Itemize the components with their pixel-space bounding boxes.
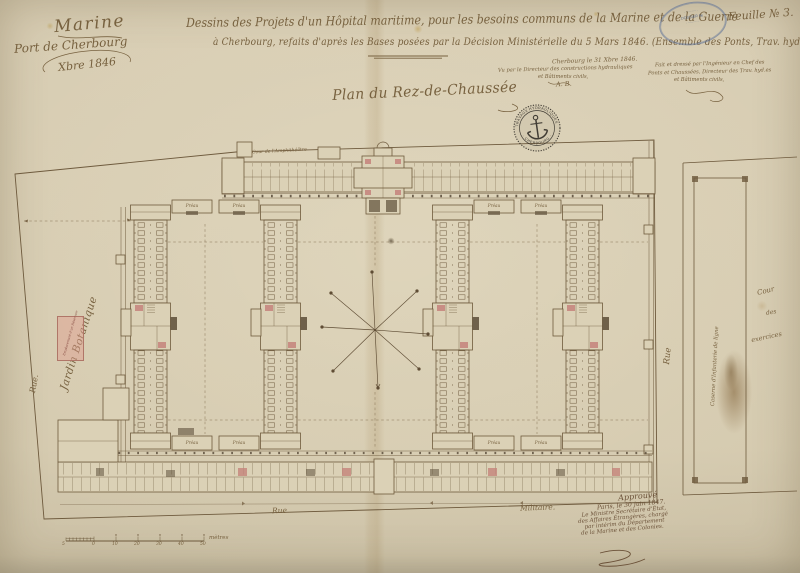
scale-label-5: 5 (62, 542, 65, 547)
preau-label: Préau (521, 440, 561, 445)
scale-label-10: 10 (112, 542, 118, 547)
ward-wing-2 (251, 205, 307, 449)
preau-label: Préau (474, 440, 514, 445)
scale-label-50: 50 (200, 542, 206, 547)
note-right-3: et Bâtiments civils, (674, 77, 724, 83)
preau-label: Préau (172, 440, 212, 445)
marine-anchor-stamp: TRAVAUX HYDRAULIQUES · CHERBOURG · (514, 105, 560, 151)
scale-label-30: 30 (156, 542, 162, 547)
rue-right-label: Rue (662, 347, 674, 365)
rue-militaire-word2: Militaire. (520, 502, 555, 512)
preau-label: Préau (521, 203, 561, 208)
scale-label-20: 20 (134, 542, 140, 547)
reservoir-box: Emplacement d'un Réservoir (57, 316, 84, 361)
preau-label: Préau (172, 203, 212, 208)
rue-militaire-word1: Rue (272, 506, 287, 516)
preau-sheds (172, 200, 561, 450)
preau-label: Préau (219, 203, 259, 208)
south-gallery (60, 451, 652, 456)
compass-star (321, 271, 430, 390)
reservoir-text: Emplacement d'un Réservoir (62, 310, 79, 356)
ward-wing-3 (423, 205, 479, 449)
ward-wing-4 (553, 205, 609, 449)
chapel-pavilion (354, 142, 412, 214)
preau-label: Préau (219, 440, 259, 445)
scale-label-40: 40 (178, 542, 184, 547)
annex-block (178, 428, 194, 435)
note-left-2: et Bâtiments civils, (538, 74, 588, 80)
note-left-signature: A. B. (556, 80, 572, 89)
drawing-sheet: TRAVAUX HYDRAULIQUES · CHERBOURG · Marin… (0, 0, 800, 573)
scale-bar (66, 534, 205, 541)
caserne-plot (683, 157, 797, 495)
preau-label: Préau (474, 203, 514, 208)
scale-label-0: 0 (92, 542, 95, 547)
scale-unit-label: mètres (209, 535, 228, 541)
